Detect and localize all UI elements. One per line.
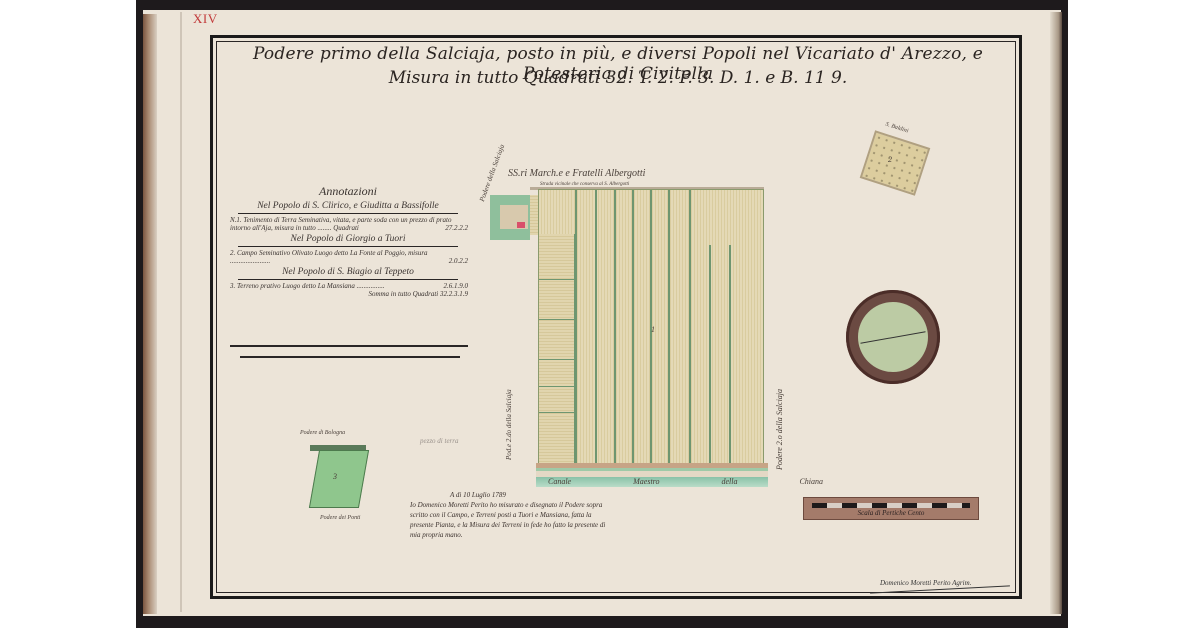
note-text: Io Domenico Moretti Perito ho misurato e… (410, 500, 610, 540)
map-subtitle: Misura in tutto Quadrati 32. T. 2. P. 3.… (228, 68, 1008, 88)
annotation-entry: 2. Campo Seminativo Olivato Luogo detto … (228, 249, 468, 265)
north-owner-label: SS.ri March.e e Fratelli Albergotti (508, 168, 645, 179)
section-title: Nel Popolo di S. Clirico, e Giuditta a B… (228, 201, 468, 211)
book-binding (143, 14, 157, 614)
annotation-entry: 3. Terreno prativo Luogo detto La Mansia… (228, 282, 468, 290)
annotation-entry: N.1. Tenimento di Terra Seminativa, vita… (228, 216, 468, 232)
field-row-line (668, 190, 670, 464)
section-title: Nel Popolo di Giorgio a Tuori (228, 234, 468, 244)
small-plot-number: 2 (888, 155, 892, 164)
field-row-line (632, 190, 634, 464)
scale-label: Scala di Pertiche Cento (804, 509, 978, 517)
green-plot-north: Podere di Bologna (300, 430, 345, 436)
signature: Domenico Moretti Perito Agrim. (880, 579, 971, 587)
field-row-line (689, 190, 691, 464)
west-strip (539, 234, 575, 464)
field-row-line (614, 190, 616, 464)
green-plot-number: 3 (333, 472, 337, 481)
main-field: 1 (538, 189, 764, 465)
strip-divider (539, 386, 575, 387)
annotations-panel: Annotazioni Nel Popolo di S. Clirico, e … (228, 184, 468, 298)
divider (238, 279, 458, 280)
west-side-label: Pod.e 2.do della Salciaja (505, 389, 513, 460)
green-plot-south: Podere dei Ponti (320, 515, 360, 521)
entry-amount: 2.0.2.2 (449, 257, 468, 265)
field-number: 1 (651, 325, 655, 334)
section-title: Nel Popolo di S. Biagio al Teppeto (228, 267, 468, 277)
strip-divider (539, 359, 575, 360)
farmhouse-building (517, 222, 525, 228)
field-row-line (729, 245, 731, 464)
page-fold (180, 12, 182, 612)
entry-amount: 2.6.1.9.0 (444, 282, 469, 290)
field-row-line (575, 190, 577, 464)
scale-bar: Scala di Pertiche Cento (803, 497, 979, 520)
surveyor-note: A di 10 Luglio 1789 Io Domenico Moretti … (410, 490, 610, 540)
double-rule-top (230, 345, 468, 347)
entry-amount: 27.2.2.2 (445, 224, 468, 232)
field-note: pezzo di terra (420, 437, 459, 445)
note-date: A di 10 Luglio 1789 (410, 490, 610, 500)
annotation-total: Somma in tutto Quadrati 32.2.3.1.9 (228, 290, 468, 298)
canal-label: Canale Maestro della Chiana (548, 477, 823, 486)
scale-ticks (812, 503, 970, 508)
annotations-heading: Annotazioni (228, 184, 468, 199)
divider (238, 213, 458, 214)
field-row-line (595, 190, 597, 464)
strip-divider (539, 279, 575, 280)
strip-divider (539, 319, 575, 320)
field-row-line (709, 245, 711, 464)
green-plot (309, 450, 369, 508)
strip-divider (539, 412, 575, 413)
double-rule-bottom (240, 356, 460, 358)
page-edge (1050, 12, 1062, 614)
divider (238, 246, 458, 247)
east-side-label: Podere 2.o della Salciaja (775, 389, 784, 470)
plate-number: XIV (193, 11, 218, 27)
